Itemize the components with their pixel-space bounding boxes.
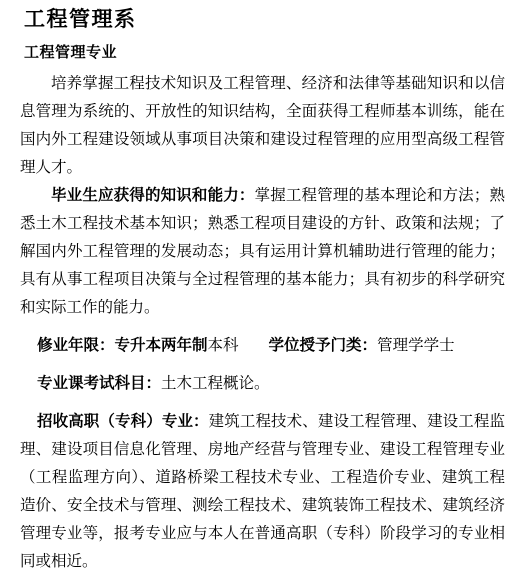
intro-paragraph: 培养掌握工程技术知识及工程管理、经济和法律等基础知识和以信息管理为系统的、开放性…: [20, 70, 505, 182]
abilities-text: 掌握工程管理的基本理论和方法；熟悉土木工程技术基本知识；熟悉工程项目建设的方针、…: [20, 187, 505, 316]
inline-spacer: [239, 349, 269, 350]
degree-value: 管理学学士: [377, 337, 455, 354]
admission-label: 招收高职（专科）专业：: [37, 413, 209, 430]
page-title: 工程管理系: [24, 6, 505, 32]
document-page: 工程管理系 工程管理专业 培养掌握工程技术知识及工程管理、经济和法律等基础知识和…: [0, 0, 523, 570]
section-title: 工程管理专业: [24, 43, 505, 63]
degree-label: 学位授予门类：: [269, 337, 378, 354]
exam-label: 专业课考试科目：: [37, 375, 161, 392]
duration-label: 修业年限：: [37, 337, 115, 354]
admission-paragraph: 招收高职（专科）专业：建筑工程技术、建设工程管理、建设工程监理、建设项目信息化管…: [20, 408, 505, 570]
admission-text: 建筑工程技术、建设工程管理、建设工程监理、建设项目信息化管理、房地产经营与管理专…: [20, 413, 505, 570]
exam-subject-line: 专业课考试科目：土木工程概论。: [20, 370, 505, 398]
duration-degree-line: 修业年限：专升本两年制本科学位授予门类：管理学学士: [20, 332, 505, 360]
duration-bold-value: 专升本两年制: [115, 337, 208, 354]
exam-value: 土木工程概论。: [161, 375, 270, 392]
duration-value: 本科: [208, 337, 239, 354]
abilities-paragraph: 毕业生应获得的知识和能力：掌握工程管理的基本理论和方法；熟悉土木工程技术基本知识…: [20, 182, 505, 322]
abilities-label: 毕业生应获得的知识和能力：: [51, 187, 255, 204]
